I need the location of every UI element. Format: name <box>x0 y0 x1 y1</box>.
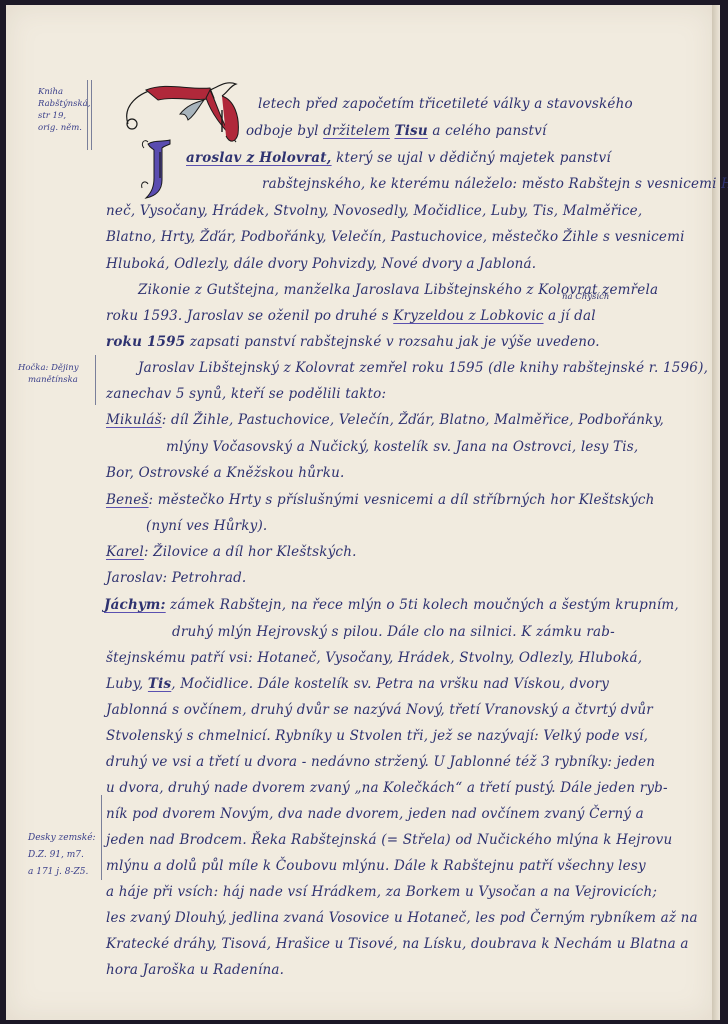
text-line: neč, Vysočany, Hrádek, Stvolny, Novosedl… <box>106 203 642 219</box>
text-line: zanechav 5 synů, kteří se podělili takto… <box>106 386 386 402</box>
text-line: druhý mlýn Hejrovský s pilou. Dále clo n… <box>172 624 615 640</box>
text-segment: Stvolenský s chmelnicí. Rybníky u Stvole… <box>106 728 648 744</box>
text-line: Jaroslav Libštejnský z Kolovrat zemřel r… <box>138 360 708 376</box>
text-line: mlýnu a dolů půl míle k Čoubovu mlýnu. D… <box>106 858 646 874</box>
text-segment: odboje byl <box>246 123 323 139</box>
margin-rule <box>101 795 102 880</box>
text-segment: druhý ve vsi a třetí u dvora - nedávno s… <box>106 754 655 770</box>
text-segment: Karel <box>106 544 144 560</box>
text-line: Jablonná s ovčínem, druhý dvůr se nazývá… <box>106 702 653 718</box>
text-line: Beneš: městečko Hrty s příslušnými vesni… <box>106 492 654 508</box>
text-segment: Tis <box>148 676 171 692</box>
text-segment: : městečko Hrty s příslušnými vesnicemi … <box>149 492 655 508</box>
text-line: odboje byl držitelem Tisu a celého panst… <box>246 123 547 139</box>
text-segment: , Močidlice. Dále kostelík sv. Petra na … <box>171 676 609 692</box>
text-segment: ník pod dvorem Novým, dva nade dvorem, j… <box>106 806 644 822</box>
illuminated-initial-v <box>118 76 248 148</box>
text-segment: Beneš <box>106 492 149 508</box>
text-segment: druhý mlýn Hejrovský s pilou. Dále clo n… <box>172 624 615 640</box>
text-line: jeden nad Brodcem. Řeka Rabštejnská (= S… <box>106 832 672 848</box>
text-line: roku 1595 zapsati panství rabštejnské v … <box>106 334 600 350</box>
text-line: mlýny Vočasovský a Nučický, kostelík sv.… <box>166 439 638 455</box>
text-segment: a háje při vsích: háj nade vsí Hrádkem, … <box>106 884 657 900</box>
text-segment: letech před započetím třicetileté války … <box>258 96 633 112</box>
text-segment: Jaroslav: Petrohrad. <box>106 570 246 586</box>
margin-note-line: a 171 j. 8-Z5. <box>28 864 100 881</box>
margin-note-line: D.Z. 91, m7. <box>28 847 100 864</box>
text-segment: Hluboká, Odlezly, dále dvory Pohvizdy, N… <box>106 256 536 272</box>
text-segment: a jí dal <box>544 308 596 324</box>
text-segment: : díl Žihle, Pastuchovice, Velečín, Žďár… <box>162 412 664 428</box>
text-segment: Kryzeldou z Lobkovic <box>393 308 543 324</box>
text-segment: Jaroslav Libštejnský z Kolovrat zemřel r… <box>138 360 708 376</box>
text-line: aroslav z Holovrat, který se ujal v dědi… <box>186 150 611 166</box>
text-line: rabštejnského, ke kterému náleželo: měst… <box>262 176 728 192</box>
text-line: a háje při vsích: háj nade vsí Hrádkem, … <box>106 884 657 900</box>
margin-note-line: str 19, <box>38 110 90 122</box>
text-segment: Blatno, Hrty, Žďár, Podbořánky, Velečín,… <box>106 229 685 245</box>
text-segment: : Žilovice a díl hor Kleštských. <box>144 544 357 560</box>
text-segment: Bor, Ostrovské a Kněžskou hůrku. <box>106 465 344 481</box>
text-line: štejnskému patří vsi: Hotaneč, Vysočany,… <box>106 650 642 666</box>
text-line: roku 1593. Jaroslav se oženil po druhé s… <box>106 308 596 324</box>
text-segment: zámek Rabštejn, na řece mlýn o 5ti kolec… <box>166 597 679 613</box>
illuminated-initial-j <box>140 138 182 200</box>
text-segment: štejnskému patří vsi: Hotaneč, Vysočany,… <box>106 650 642 666</box>
text-line: Kratecké dráhy, Tisová, Hrašice u Tisové… <box>106 936 689 952</box>
text-line: hora Jaroška u Radenína. <box>106 962 284 978</box>
text-segment: Luby, <box>106 676 148 692</box>
text-line: Karel: Žilovice a díl hor Kleštských. <box>106 544 357 560</box>
text-segment: mlýnu a dolů půl míle k Čoubovu mlýnu. D… <box>106 858 646 874</box>
text-segment: který se ujal v dědičný majetek panství <box>332 150 611 166</box>
text-segment: držitelem <box>323 123 390 139</box>
text-segment: Jablonná s ovčínem, druhý dvůr se nazývá… <box>106 702 653 718</box>
text-segment: zanechav 5 synů, kteří se podělili takto… <box>106 386 386 402</box>
text-segment: Kratecké dráhy, Tisová, Hrašice u Tisové… <box>106 936 689 952</box>
text-line: Hluboká, Odlezly, dále dvory Pohvizdy, N… <box>106 256 536 272</box>
text-segment: hora Jaroška u Radenína. <box>106 962 284 978</box>
text-line: letech před započetím třicetileté války … <box>258 96 633 112</box>
margin-note-line: manětínska <box>18 374 94 386</box>
text-segment: zapsati panství rabštejnské v rozsahu ja… <box>185 334 599 350</box>
text-line: Stvolenský s chmelnicí. Rybníky u Stvole… <box>106 728 648 744</box>
text-segment: Jáchym: <box>104 597 166 613</box>
text-line: (nyní ves Hůrky). <box>146 518 267 534</box>
text-line: Bor, Ostrovské a Kněžskou hůrku. <box>106 465 344 481</box>
book-gutter <box>720 0 728 1024</box>
margin-note-line: Hočka: Dějiny <box>18 362 94 374</box>
text-segment: Mikuláš <box>106 412 162 428</box>
text-segment: aroslav z Holovrat, <box>186 150 332 166</box>
margin-note-line: Desky zemské: <box>28 830 100 847</box>
text-line: druhý ve vsi a třetí u dvora - nedávno s… <box>106 754 655 770</box>
text-line: ník pod dvorem Novým, dva nade dvorem, j… <box>106 806 644 822</box>
text-segment: jeden nad Brodcem. Řeka Rabštejnská (= S… <box>106 832 672 848</box>
text-line: Luby, Tis, Močidlice. Dále kostelík sv. … <box>106 676 609 692</box>
text-segment: roku 1595 <box>106 334 185 350</box>
interlinear-insertion: na Chýších <box>562 292 609 302</box>
margin-note-line: orig. něm. <box>38 122 90 134</box>
margin-note-kniha: Kniha Rabštýnská, str 19, orig. něm. <box>38 86 90 134</box>
text-segment: a celého panství <box>428 123 547 139</box>
text-segment: mlýny Vočasovský a Nučický, kostelík sv.… <box>166 439 638 455</box>
margin-note-line: Kniha <box>38 86 90 98</box>
text-segment: roku 1593. Jaroslav se oženil po druhé s <box>106 308 393 324</box>
page-edge <box>712 5 720 1020</box>
margin-rule <box>95 355 96 405</box>
text-line: u dvora, druhý nade dvorem zvaný „na Kol… <box>106 780 668 796</box>
margin-rule <box>87 80 92 150</box>
text-segment: (nyní ves Hůrky). <box>146 518 267 534</box>
text-segment: rabštejnského, ke kterému náleželo: měst… <box>262 176 728 192</box>
text-segment: u dvora, druhý nade dvorem zvaný „na Kol… <box>106 780 668 796</box>
text-line: Blatno, Hrty, Žďár, Podbořánky, Velečín,… <box>106 229 685 245</box>
margin-note-desky: Desky zemské: D.Z. 91, m7. a 171 j. 8-Z5… <box>28 830 100 881</box>
text-line: les zvaný Dlouhý, jedlina zvaná Vosovice… <box>106 910 698 926</box>
text-segment: les zvaný Dlouhý, jedlina zvaná Vosovice… <box>106 910 698 926</box>
margin-note-hocka: Hočka: Dějiny manětínska <box>18 362 94 386</box>
text-line: Mikuláš: díl Žihle, Pastuchovice, Velečí… <box>106 412 664 428</box>
margin-note-line: Rabštýnská, <box>38 98 90 110</box>
text-segment: Tisu <box>394 123 427 139</box>
text-segment: neč, Vysočany, Hrádek, Stvolny, Novosedl… <box>106 203 642 219</box>
text-line: Jáchym: zámek Rabštejn, na řece mlýn o 5… <box>104 597 679 613</box>
text-line: Jaroslav: Petrohrad. <box>106 570 246 586</box>
